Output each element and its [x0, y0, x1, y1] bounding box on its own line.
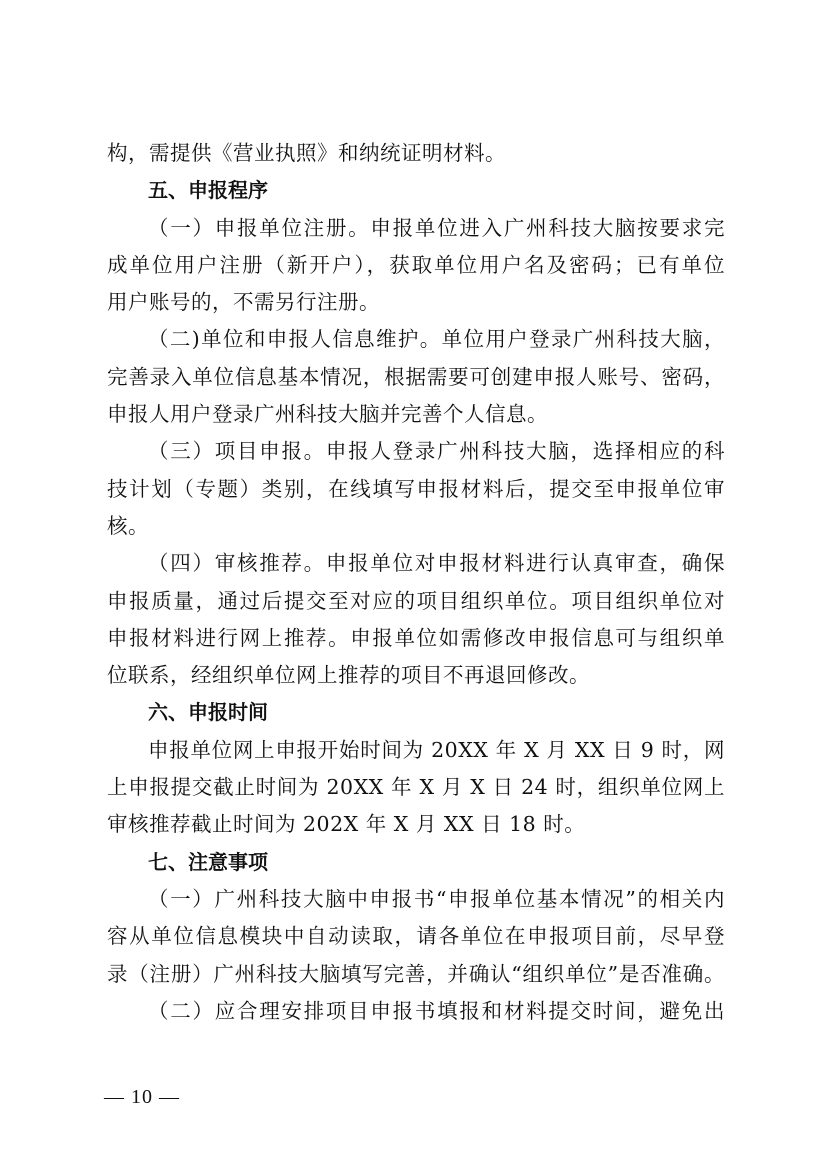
document-page: 构，需提供《营业执照》和纳统证明材料。 五、申报程序 （一）申报单位注册。申报单…	[107, 135, 725, 1030]
section-heading-application-procedure: 五、申报程序	[107, 172, 725, 209]
body-line: 申报材料进行网上推荐。申报单位如需修改申报信息可与组织单	[107, 620, 725, 657]
body-line: 用户账号的，不需另行注册。	[107, 284, 725, 321]
body-line: （一）申报单位注册。申报单位进入广州科技大脑按要求完	[107, 210, 725, 247]
body-line: 成单位用户注册（新开户），获取单位用户名及密码；已有单位	[107, 247, 725, 284]
body-line: 申报人用户登录广州科技大脑并完善个人信息。	[107, 396, 725, 433]
body-line: 技计划（专题）类别，在线填写申报材料后，提交至申报单位审	[107, 471, 725, 508]
body-line: 录（注册）广州科技大脑填写完善，并确认“组织单位”是否准确。	[107, 956, 725, 993]
body-line: （三）项目申报。申报人登录广州科技大脑，选择相应的科	[107, 433, 725, 470]
body-line: 申报单位网上申报开始时间为 20XX 年 X 月 XX 日 9 时，网	[107, 732, 725, 769]
body-line: 申报质量，通过后提交至对应的项目组织单位。项目组织单位对	[107, 583, 725, 620]
section-heading-application-time: 六、申报时间	[107, 694, 725, 731]
body-line: （一）广州科技大脑中申报书“申报单位基本情况”的相关内	[107, 881, 725, 918]
body-line: 上申报提交截止时间为 20XX 年 X 月 X 日 24 时，组织单位网上	[107, 769, 725, 806]
body-line: （二)单位和申报人信息维护。单位用户登录广州科技大脑，	[107, 321, 725, 358]
page-number: — 10 —	[104, 1086, 180, 1109]
body-line: 位联系，经组织单位网上推荐的项目不再退回修改。	[107, 657, 725, 694]
body-line: 构，需提供《营业执照》和纳统证明材料。	[107, 135, 725, 172]
body-line: 审核推荐截止时间为 202X 年 X 月 XX 日 18 时。	[107, 806, 725, 843]
body-line: 完善录入单位信息基本情况，根据需要可创建申报人账号、密码，	[107, 359, 725, 396]
body-line: （二）应合理安排项目申报书填报和材料提交时间，避免出	[107, 993, 725, 1030]
body-line: 容从单位信息模块中自动读取，请各单位在申报项目前，尽早登	[107, 918, 725, 955]
section-heading-notes: 七、注意事项	[107, 844, 725, 881]
body-line: 核。	[107, 508, 725, 545]
body-line: （四）审核推荐。申报单位对申报材料进行认真审查，确保	[107, 545, 725, 582]
